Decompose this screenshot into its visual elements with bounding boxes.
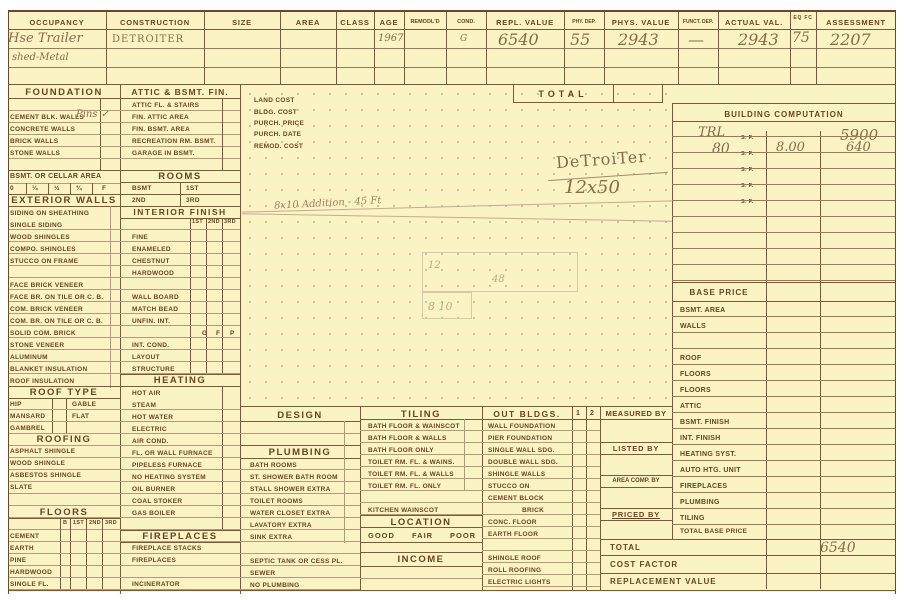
phy-dep-value: 55 bbox=[570, 30, 590, 49]
listed-by-label: LISTED BY bbox=[600, 444, 672, 453]
col-area: AREA bbox=[280, 18, 336, 27]
exterior-walls-title: EXTERIOR WALLS bbox=[8, 195, 120, 206]
col-actual-val: ACTUAL VAL. bbox=[718, 18, 790, 27]
construction-value: DETROITER bbox=[112, 34, 184, 45]
col-assessment: ASSESSMENT bbox=[816, 18, 896, 27]
eq-fc-value: 75 bbox=[792, 30, 810, 46]
col-remodeled: REMODL'D bbox=[404, 19, 446, 25]
sketch-size: 12x50 bbox=[564, 177, 620, 198]
area-comp-by-label: AREA COMP. BY bbox=[600, 478, 672, 484]
foundation-item: CONCRETE WALLS bbox=[10, 126, 75, 133]
occupancy-value-2: shed-Metal bbox=[12, 52, 69, 63]
foundation-title: FOUNDATION bbox=[8, 87, 120, 98]
ruled-lines bbox=[672, 121, 896, 281]
attic-item: ATTIC FL. & STAIRS bbox=[132, 102, 199, 109]
ruled-lines bbox=[240, 458, 360, 590]
col-cond: COND. bbox=[446, 19, 486, 25]
ruled-lines bbox=[482, 419, 600, 590]
ext-wall-item: ROOF INSULATION bbox=[10, 378, 74, 385]
bldg-cost-label: BLDG. COST bbox=[254, 109, 297, 116]
sketch-dim: 48 bbox=[492, 274, 505, 285]
col-funct-dep: FUNCT. DEP. bbox=[678, 19, 718, 25]
remod-cost-label: REMOD. COST bbox=[254, 143, 303, 150]
attic-title: ATTIC & BSMT. FIN. bbox=[120, 87, 240, 97]
attic-item: FIN. BSMT. AREA bbox=[132, 126, 190, 133]
cost-factor-label: COST FACTOR bbox=[610, 560, 678, 569]
plumbing-title: PLUMBING bbox=[240, 447, 360, 458]
assessment-card: OCCUPANCY CONSTRUCTION SIZE AREA CLASS A… bbox=[8, 10, 896, 592]
out-bldgs-col: 1 bbox=[576, 410, 580, 417]
rooms-cell: 3RD bbox=[186, 197, 200, 204]
bsmt-fraction: ¾ bbox=[76, 185, 82, 192]
col-age: AGE bbox=[374, 18, 404, 27]
col-repl-value: REPL. VALUE bbox=[486, 18, 564, 27]
col-phy-dep: PHY. DEP. bbox=[564, 19, 604, 25]
rooms-cell: 2ND bbox=[132, 197, 146, 204]
summary-total-label: TOTAL bbox=[610, 543, 641, 552]
phys-value: 2943 bbox=[618, 30, 659, 49]
purch-date-label: PURCH. DATE bbox=[254, 131, 301, 138]
rooms-cell: 1ST bbox=[186, 185, 199, 192]
land-cost-label: LAND COST bbox=[254, 97, 295, 104]
out-bldgs-col: 2 bbox=[590, 410, 594, 417]
rooms-title: ROOMS bbox=[120, 171, 240, 182]
assessment-value: 2207 bbox=[830, 30, 871, 49]
floors-title: FLOORS bbox=[8, 507, 120, 518]
funct-dep-value: — bbox=[688, 30, 704, 49]
summary-total-value: 6540 bbox=[820, 540, 856, 556]
building-computation-title: BUILDING COMPUTATION bbox=[672, 110, 896, 119]
bsmt-fraction: F bbox=[102, 185, 106, 192]
measured-by-label: MEASURED BY bbox=[600, 409, 672, 418]
bsmt-fraction: ½ bbox=[54, 185, 60, 192]
rooms-cell: BSMT bbox=[132, 185, 152, 192]
col-eq-fc: EQ FC bbox=[790, 15, 816, 21]
sketch-rect-main bbox=[422, 252, 578, 292]
age-value: 1967 bbox=[378, 33, 403, 44]
replacement-value-label: REPLACEMENT VALUE bbox=[610, 577, 717, 586]
foundation-item: CEMENT BLK. WALLS bbox=[10, 114, 84, 121]
floors-col: 3RD bbox=[105, 520, 117, 526]
sketch-dim: 12 bbox=[428, 260, 441, 271]
cond-value: G bbox=[460, 34, 467, 44]
income-title: INCOME bbox=[360, 554, 482, 565]
purch-price-label: PURCH. PRICE bbox=[254, 120, 304, 127]
priced-by-label: PRICED BY bbox=[600, 510, 672, 519]
sketch-grid bbox=[242, 86, 672, 406]
ext-wall-item: SIDING ON SHEATHING bbox=[10, 210, 89, 217]
floors-col: B bbox=[63, 520, 67, 526]
col-construction: CONSTRUCTION bbox=[106, 18, 204, 27]
sketch-dim: 8 10 bbox=[428, 300, 453, 313]
out-bldgs-title: OUT BLDGS. bbox=[482, 409, 572, 419]
location-good: GOOD bbox=[368, 531, 395, 540]
attic-item: GARAGE IN BSMT. bbox=[132, 150, 195, 157]
ruled-lines bbox=[672, 301, 896, 539]
heating-title: HEATING bbox=[120, 375, 240, 386]
col-class: CLASS bbox=[336, 18, 374, 27]
actual-val-value: 2943 bbox=[738, 30, 779, 49]
attic-item: RECREATION RM. BSMT. bbox=[132, 138, 216, 145]
bsmt-fraction: ¼ bbox=[32, 185, 38, 192]
heating-item: HOT AIR bbox=[132, 390, 161, 397]
roof-type-title: ROOF TYPE bbox=[8, 387, 120, 398]
ruled-lines bbox=[8, 530, 240, 590]
interior-finish-title: INTERIOR FINISH bbox=[120, 207, 240, 217]
col-size: SIZE bbox=[204, 18, 280, 27]
base-price-label: BASE PRICE bbox=[672, 288, 766, 297]
foundation-item: BRICK WALLS bbox=[10, 138, 58, 145]
ruled-lines bbox=[8, 218, 240, 374]
floors-col: 1ST bbox=[73, 520, 84, 526]
col-occupancy: OCCUPANCY bbox=[8, 18, 106, 27]
floors-col: 2ND bbox=[89, 520, 101, 526]
location-fair: FAIR bbox=[412, 531, 433, 540]
attic-item: FIN. ATTIC AREA bbox=[132, 114, 189, 121]
design-title: DESIGN bbox=[240, 410, 360, 421]
col-phys-value: PHYS. VALUE bbox=[604, 18, 678, 27]
foundation-item: STONE WALLS bbox=[10, 150, 60, 157]
repl-value: 6540 bbox=[498, 30, 539, 49]
occupancy-value: Hse Trailer bbox=[8, 31, 83, 46]
bsmt-cellar-title: BSMT. OR CELLAR AREA bbox=[10, 173, 101, 180]
bsmt-fraction: 0 bbox=[10, 185, 14, 192]
location-poor: POOR bbox=[450, 531, 476, 540]
costs-total-label: TOTAL bbox=[513, 89, 613, 99]
